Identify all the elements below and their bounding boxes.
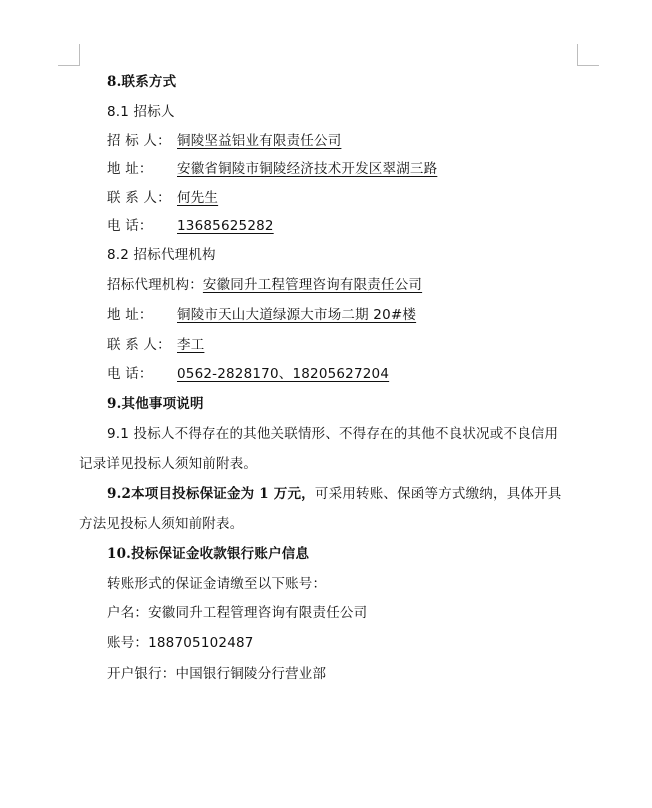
tenderer-address-value: 安徽省铜陵市铜陵经济技术开发区翠湖三路 [177, 161, 437, 177]
section-9-heading: 9.其他事项说明 [107, 394, 204, 414]
section-9-2-line2: 方法见投标人须知前附表。 [79, 514, 243, 534]
tenderer-phone-row: 电 话：13685625282 [107, 216, 274, 236]
agency-name-row: 招标代理机构：安徽同升工程管理咨询有限责任公司 [107, 275, 422, 295]
field-label: 联 系 人： [107, 188, 177, 208]
tenderer-name-value: 铜陵坚益铝业有限责任公司 [177, 133, 341, 149]
field-label: 电 话： [107, 216, 177, 236]
deposit-method-text: 可采用转账、保函等方式缴纳，具体开具 [315, 486, 562, 502]
margin-corner-mark-right [577, 44, 599, 66]
section-9-2-line1: 9.2本项目投标保证金为 1 万元，可采用转账、保函等方式缴纳，具体开具 [107, 484, 562, 504]
section-9-1-line2: 记录详见投标人须知前附表。 [79, 454, 257, 474]
field-label: 招标代理机构： [107, 275, 203, 295]
section-8-heading: 8.联系方式 [107, 72, 176, 92]
field-label: 地 址： [107, 159, 177, 179]
deposit-amount-bold: 9.2本项目投标保证金为 1 万元， [107, 486, 315, 502]
tenderer-phone-value: 13685625282 [177, 218, 274, 234]
section-8-1-heading: 8.1 招标人 [107, 102, 175, 122]
margin-corner-mark-left [58, 44, 80, 66]
agency-contact-row: 联 系 人：李工 [107, 335, 204, 355]
field-label: 招 标 人： [107, 131, 177, 151]
transfer-intro: 转账形式的保证金请缴至以下账号： [107, 574, 326, 594]
agency-address-value: 铜陵市天山大道绿源大市场二期 20#楼 [177, 307, 416, 323]
tenderer-name-row: 招 标 人：铜陵坚益铝业有限责任公司 [107, 131, 341, 151]
bank-name: 开户银行：中国银行铜陵分行营业部 [107, 664, 326, 684]
agency-contact-value: 李工 [177, 337, 204, 353]
field-label: 电 话： [107, 364, 177, 384]
agency-phone-value: 0562-2828170、18205627204 [177, 366, 389, 382]
field-label: 联 系 人： [107, 335, 177, 355]
section-8-2-heading: 8.2 招标代理机构 [107, 245, 216, 265]
tenderer-contact-row: 联 系 人：何先生 [107, 188, 218, 208]
section-10-heading: 10.投标保证金收款银行账户信息 [107, 544, 309, 564]
tenderer-contact-value: 何先生 [177, 190, 218, 206]
agency-name-value: 安徽同升工程管理咨询有限责任公司 [203, 277, 422, 293]
tenderer-address-row: 地 址：安徽省铜陵市铜陵经济技术开发区翠湖三路 [107, 159, 437, 179]
field-label: 地 址： [107, 305, 177, 325]
agency-phone-row: 电 话：0562-2828170、18205627204 [107, 364, 389, 384]
account-name: 户名：安徽同升工程管理咨询有限责任公司 [107, 603, 367, 623]
account-number: 账号：188705102487 [107, 633, 254, 653]
section-9-1-line1: 9.1 投标人不得存在的其他关联情形、不得存在的其他不良状况或不良信用 [107, 424, 558, 444]
agency-address-row: 地 址：铜陵市天山大道绿源大市场二期 20#楼 [107, 305, 416, 325]
